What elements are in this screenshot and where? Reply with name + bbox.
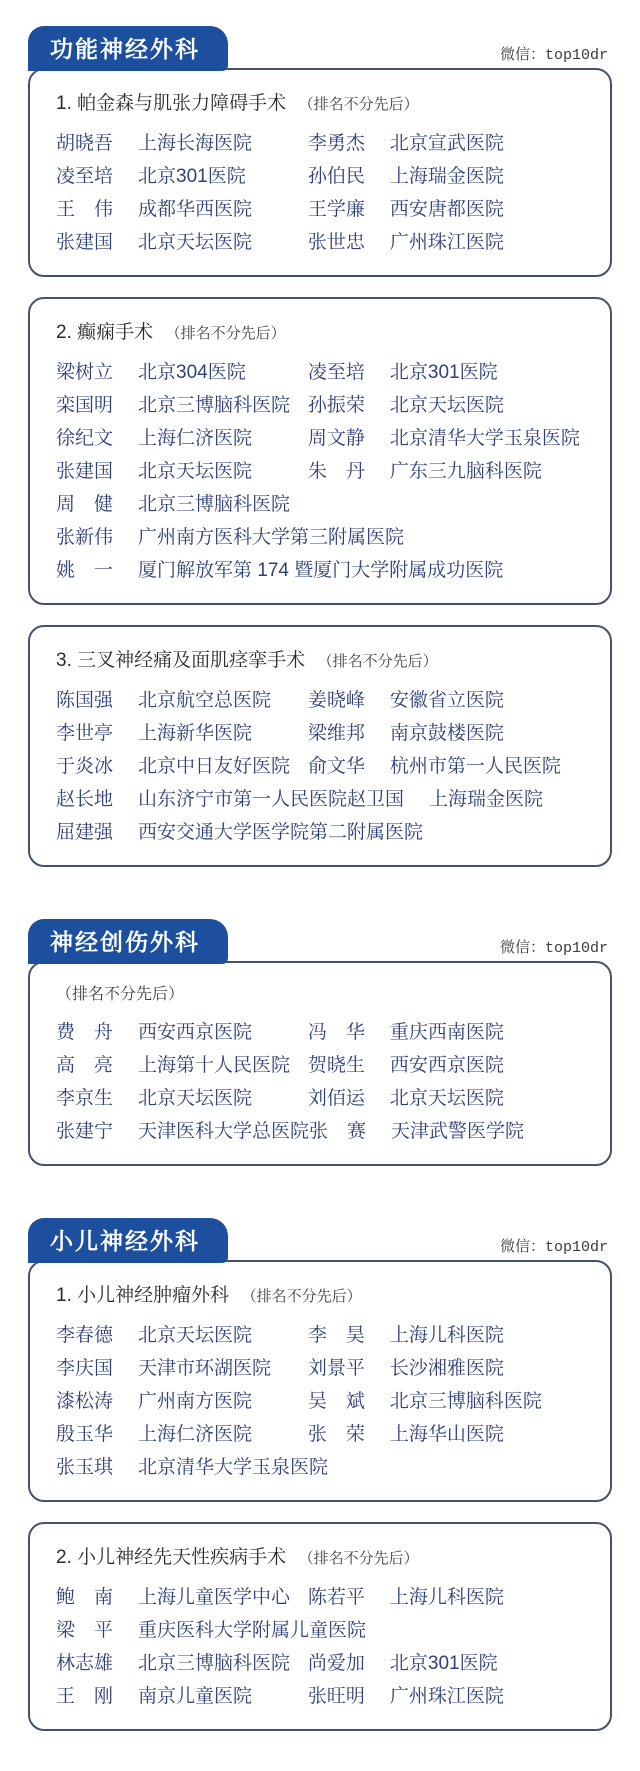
doctor-entry: 赵长地山东济宁市第一人民医院 [56,784,347,811]
doctor-entry: 孙振荣北京天坛医院 [308,390,504,417]
doctor-name: 张旺明 [308,1681,390,1708]
doctor-name: 李春德 [56,1320,138,1347]
hospital-name: 北京301医院 [390,1648,498,1675]
doctor-name: 周 健 [56,489,138,516]
doctor-name: 冯 华 [308,1017,390,1044]
hospital-name: 北京三博脑科医院 [390,1386,542,1413]
hospital-name: 西安唐都医院 [390,194,504,221]
hospital-name: 北京三博脑科医院 [138,390,290,417]
doctor-entry: 李 昊上海儿科医院 [308,1320,504,1347]
hospital-name: 广东三九脑科医院 [390,456,542,483]
doctor-name: 张玉琪 [56,1452,138,1479]
doctor-name: 李勇杰 [308,128,390,155]
section-header: 神经创伤外科 微信：top10dr [28,919,612,964]
doctor-name: 张 荣 [308,1419,390,1446]
doctor-name: 李京生 [56,1083,138,1110]
hospital-name: 南京鼓楼医院 [390,718,504,745]
doctor-name: 朱 丹 [308,456,390,483]
doctor-name: 张世忠 [308,227,390,254]
doctor-entry: 周 健北京三博脑科医院 [56,489,592,516]
section-box: （排名不分先后） 费 舟西安西京医院 冯 华重庆西南医院 高 亮上海第十人民医院… [28,961,612,1166]
doctor-entry: 徐纪文上海仁济医院 [56,423,308,450]
hospital-name: 北京航空总医院 [138,685,271,712]
doctor-name: 姜晓峰 [308,685,390,712]
hospital-name: 重庆医科大学附属儿童医院 [138,1615,366,1642]
doctor-name: 孙伯民 [308,161,390,188]
doctor-name: 尚爱加 [308,1648,390,1675]
doctor-name: 王 伟 [56,194,138,221]
doctor-entry: 王 伟成都华西医院 [56,194,308,221]
hospital-name: 北京天坛医院 [138,456,252,483]
hospital-name: 广州南方医院 [138,1386,252,1413]
doctor-entry: 栾国明北京三博脑科医院 [56,390,308,417]
group-note: （排名不分先后） [166,325,286,342]
doctor-entry: 张旺明广州珠江医院 [308,1681,504,1708]
hospital-name: 长沙湘雅医院 [390,1353,504,1380]
doctor-entry: 张建宁天津医科大学总医院 [56,1116,309,1143]
hospital-name: 上海儿童医学中心 [138,1582,290,1609]
hospital-name: 天津医科大学总医院 [138,1116,309,1143]
group-title-line: 1. 小儿神经肿瘤外科 （排名不分先后） [56,1280,592,1307]
doctor-entry: 姜晓峰安徽省立医院 [308,685,504,712]
group-title-line: 2. 小儿神经先天性疾病手术 （排名不分先后） [56,1542,592,1569]
doctor-row: 张新伟广州南方医科大学第三附属医院 [56,519,592,552]
doctor-entry: 李庆国天津市环湖医院 [56,1353,308,1380]
hospital-name: 北京304医院 [138,357,246,384]
hospital-name: 上海瑞金医院 [429,784,543,811]
section-badge: 神经创伤外科 [28,919,228,964]
doctor-entry: 刘佰运北京天坛医院 [308,1083,504,1110]
hospital-name: 成都华西医院 [138,194,252,221]
doctor-row: 李庆国天津市环湖医院 刘景平长沙湘雅医院 [56,1350,592,1383]
doctor-row: 姚 一厦门解放军第 174 暨厦门大学附属成功医院 [56,552,592,585]
doctor-name: 梁树立 [56,357,138,384]
doctor-name: 张建国 [56,456,138,483]
doctor-entry: 于炎冰北京中日友好医院 [56,751,308,778]
doctor-entry: 李勇杰北京宣武医院 [308,128,504,155]
hospital-name: 山东济宁市第一人民医院 [138,784,347,811]
doctor-name: 张建宁 [56,1116,138,1143]
doctor-name: 林志雄 [56,1648,138,1675]
doctor-entry: 漆松涛广州南方医院 [56,1386,308,1413]
hospital-name: 北京清华大学玉泉医院 [138,1452,328,1479]
doctor-entry: 冯 华重庆西南医院 [308,1017,504,1044]
section-badge: 功能神经外科 [28,26,228,71]
doctor-name: 张 赛 [309,1116,391,1143]
hospital-name: 厦门解放军第 174 暨厦门大学附属成功医院 [138,555,503,582]
doctor-name: 凌至培 [56,161,138,188]
hospital-name: 广州南方医科大学第三附属医院 [138,522,404,549]
doctor-row: 李春德北京天坛医院 李 昊上海儿科医院 [56,1317,592,1350]
doctor-name: 李世亭 [56,718,138,745]
doctor-row: 漆松涛广州南方医院 吴 斌北京三博脑科医院 [56,1383,592,1416]
section-neurotrauma-surgery: 神经创伤外科 微信：top10dr （排名不分先后） 费 舟西安西京医院 冯 华… [0,919,640,1166]
doctor-entry: 王 刚南京儿童医院 [56,1681,308,1708]
doctor-entry: 陈国强北京航空总医院 [56,685,308,712]
doctor-entry: 殷玉华上海仁济医院 [56,1419,308,1446]
doctor-row: 殷玉华上海仁济医院 张 荣上海华山医院 [56,1416,592,1449]
doctor-entry: 凌至培北京301医院 [308,357,498,384]
doctor-row: 费 舟西安西京医院 冯 华重庆西南医院 [56,1014,592,1047]
hospital-name: 西安西京医院 [390,1050,504,1077]
doctor-entry: 周文静北京清华大学玉泉医院 [308,423,580,450]
hospital-name: 上海华山医院 [390,1419,504,1446]
doctor-name: 赵长地 [56,784,138,811]
group-note: （排名不分先后） [318,653,438,670]
group-title-line: 1. 帕金森与肌张力障碍手术 （排名不分先后） [56,88,592,115]
doctor-entry: 陈若平上海儿科医院 [308,1582,504,1609]
doctor-entry: 张 赛天津武警医学院 [309,1116,524,1143]
group-title: 3. 三叉神经痛及面肌痉挛手术 [56,650,305,671]
doctor-name: 张新伟 [56,522,138,549]
group-title-line: （排名不分先后） [56,981,592,1004]
wechat-label: 微信：top10dr [500,1235,612,1263]
doctor-name: 贺晓生 [308,1050,390,1077]
doctor-row: 梁树立北京304医院 凌至培北京301医院 [56,354,592,387]
doctor-name: 姚 一 [56,555,138,582]
doctor-name: 费 舟 [56,1017,138,1044]
doctor-name: 屈建强 [56,817,138,844]
doctor-entry: 张 荣上海华山医院 [308,1419,504,1446]
doctor-name: 刘佰运 [308,1083,390,1110]
group-note: （排名不分先后） [242,1288,362,1305]
doctor-entry: 张玉琪北京清华大学玉泉医院 [56,1452,592,1479]
hospital-name: 北京三博脑科医院 [138,489,290,516]
wechat-label: 微信：top10dr [500,936,612,964]
hospital-name: 北京天坛医院 [390,390,504,417]
hospital-name: 北京天坛医院 [138,1320,252,1347]
hospital-name: 重庆西南医院 [390,1017,504,1044]
doctor-row: 林志雄北京三博脑科医院 尚爱加北京301医院 [56,1645,592,1678]
doctor-row: 李京生北京天坛医院 刘佰运北京天坛医院 [56,1080,592,1113]
wechat-label: 微信：top10dr [500,43,612,71]
doctor-name: 李庆国 [56,1353,138,1380]
group-note: （排名不分先后） [299,1550,419,1567]
doctor-name: 于炎冰 [56,751,138,778]
doctor-entry: 赵卫国上海瑞金医院 [347,784,543,811]
hospital-name: 北京301医院 [390,357,498,384]
doctor-name: 漆松涛 [56,1386,138,1413]
doctor-entry: 凌至培北京301医院 [56,161,308,188]
doctor-entry: 俞文华杭州市第一人民医院 [308,751,561,778]
doctor-entry: 孙伯民上海瑞金医院 [308,161,504,188]
hospital-name: 北京天坛医院 [390,1083,504,1110]
doctor-name: 王 刚 [56,1681,138,1708]
hospital-name: 广州珠江医院 [390,227,504,254]
doctor-row: 王 刚南京儿童医院 张旺明广州珠江医院 [56,1678,592,1711]
doctor-row: 陈国强北京航空总医院 姜晓峰安徽省立医院 [56,682,592,715]
doctor-row: 于炎冰北京中日友好医院 俞文华杭州市第一人民医院 [56,748,592,781]
doctor-name: 徐纪文 [56,423,138,450]
hospital-name: 西安西京医院 [138,1017,252,1044]
doctor-name: 刘景平 [308,1353,390,1380]
doctor-name: 梁维邦 [308,718,390,745]
doctor-entry: 梁维邦南京鼓楼医院 [308,718,504,745]
hospital-name: 北京301医院 [138,161,246,188]
section-box: 2. 癫痫手术 （排名不分先后） 梁树立北京304医院 凌至培北京301医院 栾… [28,297,612,605]
doctor-entry: 费 舟西安西京医院 [56,1017,308,1044]
section-header: 功能神经外科 微信：top10dr [28,26,612,71]
doctor-entry: 鲍 南上海儿童医学中心 [56,1582,308,1609]
doctor-entry: 尚爱加北京301医院 [308,1648,498,1675]
doctor-row: 张玉琪北京清华大学玉泉医院 [56,1449,592,1482]
doctor-name: 梁 平 [56,1615,138,1642]
hospital-name: 北京天坛医院 [138,227,252,254]
doctor-row: 李世亭上海新华医院 梁维邦南京鼓楼医院 [56,715,592,748]
doctor-name: 陈国强 [56,685,138,712]
hospital-name: 上海仁济医院 [138,423,252,450]
hospital-name: 北京三博脑科医院 [138,1648,290,1675]
doctor-entry: 梁树立北京304医院 [56,357,308,384]
doctor-row: 栾国明北京三博脑科医院 孙振荣北京天坛医院 [56,387,592,420]
doctor-name: 周文静 [308,423,390,450]
doctor-row: 周 健北京三博脑科医院 [56,486,592,519]
doctor-entry: 李京生北京天坛医院 [56,1083,308,1110]
doctor-name: 俞文华 [308,751,390,778]
doctor-name: 高 亮 [56,1050,138,1077]
doctor-name: 鲍 南 [56,1582,138,1609]
hospital-name: 上海儿科医院 [390,1320,504,1347]
doctor-row: 张建国北京天坛医院 张世忠广州珠江医院 [56,224,592,257]
doctor-row: 张建国北京天坛医院 朱 丹广东三九脑科医院 [56,453,592,486]
section-box: 2. 小儿神经先天性疾病手术 （排名不分先后） 鲍 南上海儿童医学中心 陈若平上… [28,1522,612,1731]
doctor-entry: 姚 一厦门解放军第 174 暨厦门大学附属成功医院 [56,555,592,582]
hospital-name: 上海瑞金医院 [390,161,504,188]
doctor-entry: 李世亭上海新华医院 [56,718,308,745]
doctor-row: 赵长地山东济宁市第一人民医院 赵卫国上海瑞金医院 [56,781,592,814]
section-box: 1. 帕金森与肌张力障碍手术 （排名不分先后） 胡晓吾上海长海医院 李勇杰北京宣… [28,68,612,277]
doctor-name: 栾国明 [56,390,138,417]
page: 功能神经外科 微信：top10dr 1. 帕金森与肌张力障碍手术 （排名不分先后… [0,0,640,1771]
hospital-name: 北京天坛医院 [138,1083,252,1110]
doctor-entry: 胡晓吾上海长海医院 [56,128,308,155]
doctor-name: 张建国 [56,227,138,254]
doctor-name: 胡晓吾 [56,128,138,155]
doctor-entry: 王学廉西安唐都医院 [308,194,504,221]
hospital-name: 天津武警医学院 [391,1116,524,1143]
doctor-name: 凌至培 [308,357,390,384]
hospital-name: 杭州市第一人民医院 [390,751,561,778]
doctor-entry: 朱 丹广东三九脑科医院 [308,456,542,483]
section-box: 1. 小儿神经肿瘤外科 （排名不分先后） 李春德北京天坛医院 李 昊上海儿科医院… [28,1260,612,1502]
group-title-line: 2. 癫痫手术 （排名不分先后） [56,317,592,344]
section-header: 小儿神经外科 微信：top10dr [28,1218,612,1263]
doctor-name: 孙振荣 [308,390,390,417]
doctor-entry: 林志雄北京三博脑科医院 [56,1648,308,1675]
group-title: 1. 小儿神经肿瘤外科 [56,1285,229,1306]
doctor-name: 殷玉华 [56,1419,138,1446]
hospital-name: 西安交通大学医学院第二附属医院 [138,817,423,844]
group-note: （排名不分先后） [56,986,184,1003]
hospital-name: 上海仁济医院 [138,1419,252,1446]
doctor-name: 王学廉 [308,194,390,221]
doctor-name: 李 昊 [308,1320,390,1347]
hospital-name: 北京清华大学玉泉医院 [390,423,580,450]
hospital-name: 南京儿童医院 [138,1681,252,1708]
doctor-entry: 张世忠广州珠江医院 [308,227,504,254]
doctor-entry: 张新伟广州南方医科大学第三附属医院 [56,522,592,549]
section-badge: 小儿神经外科 [28,1218,228,1263]
hospital-name: 天津市环湖医院 [138,1353,271,1380]
doctor-row: 张建宁天津医科大学总医院 张 赛天津武警医学院 [56,1113,592,1146]
doctor-row: 徐纪文上海仁济医院 周文静北京清华大学玉泉医院 [56,420,592,453]
doctor-entry: 张建国北京天坛医院 [56,456,308,483]
hospital-name: 上海儿科医院 [390,1582,504,1609]
doctor-entry: 张建国北京天坛医院 [56,227,308,254]
hospital-name: 上海长海医院 [138,128,252,155]
hospital-name: 上海第十人民医院 [138,1050,290,1077]
doctor-row: 王 伟成都华西医院 王学廉西安唐都医院 [56,191,592,224]
hospital-name: 北京中日友好医院 [138,751,290,778]
doctor-entry: 李春德北京天坛医院 [56,1320,308,1347]
section-pediatric-neurosurgery: 小儿神经外科 微信：top10dr 1. 小儿神经肿瘤外科 （排名不分先后） 李… [0,1218,640,1731]
group-title: 1. 帕金森与肌张力障碍手术 [56,93,286,114]
section-box: 3. 三叉神经痛及面肌痉挛手术 （排名不分先后） 陈国强北京航空总医院 姜晓峰安… [28,625,612,867]
hospital-name: 安徽省立医院 [390,685,504,712]
hospital-name: 上海新华医院 [138,718,252,745]
doctor-row: 鲍 南上海儿童医学中心 陈若平上海儿科医院 [56,1579,592,1612]
doctor-name: 吴 斌 [308,1386,390,1413]
hospital-name: 广州珠江医院 [390,1681,504,1708]
doctor-row: 凌至培北京301医院 孙伯民上海瑞金医院 [56,158,592,191]
doctor-row: 梁 平重庆医科大学附属儿童医院 [56,1612,592,1645]
group-title: 2. 小儿神经先天性疾病手术 [56,1547,286,1568]
doctor-entry: 梁 平重庆医科大学附属儿童医院 [56,1615,592,1642]
doctor-entry: 吴 斌北京三博脑科医院 [308,1386,542,1413]
doctor-row: 屈建强西安交通大学医学院第二附属医院 [56,814,592,847]
group-title: 2. 癫痫手术 [56,322,153,343]
doctor-row: 胡晓吾上海长海医院 李勇杰北京宣武医院 [56,125,592,158]
hospital-name: 北京宣武医院 [390,128,504,155]
section-functional-neurosurgery: 功能神经外科 微信：top10dr 1. 帕金森与肌张力障碍手术 （排名不分先后… [0,26,640,867]
doctor-entry: 屈建强西安交通大学医学院第二附属医院 [56,817,592,844]
doctor-row: 高 亮上海第十人民医院 贺晓生西安西京医院 [56,1047,592,1080]
doctor-entry: 刘景平长沙湘雅医院 [308,1353,504,1380]
group-note: （排名不分先后） [299,96,419,113]
doctor-entry: 高 亮上海第十人民医院 [56,1050,308,1077]
group-title-line: 3. 三叉神经痛及面肌痉挛手术 （排名不分先后） [56,645,592,672]
doctor-name: 陈若平 [308,1582,390,1609]
doctor-name: 赵卫国 [347,784,429,811]
doctor-entry: 贺晓生西安西京医院 [308,1050,504,1077]
